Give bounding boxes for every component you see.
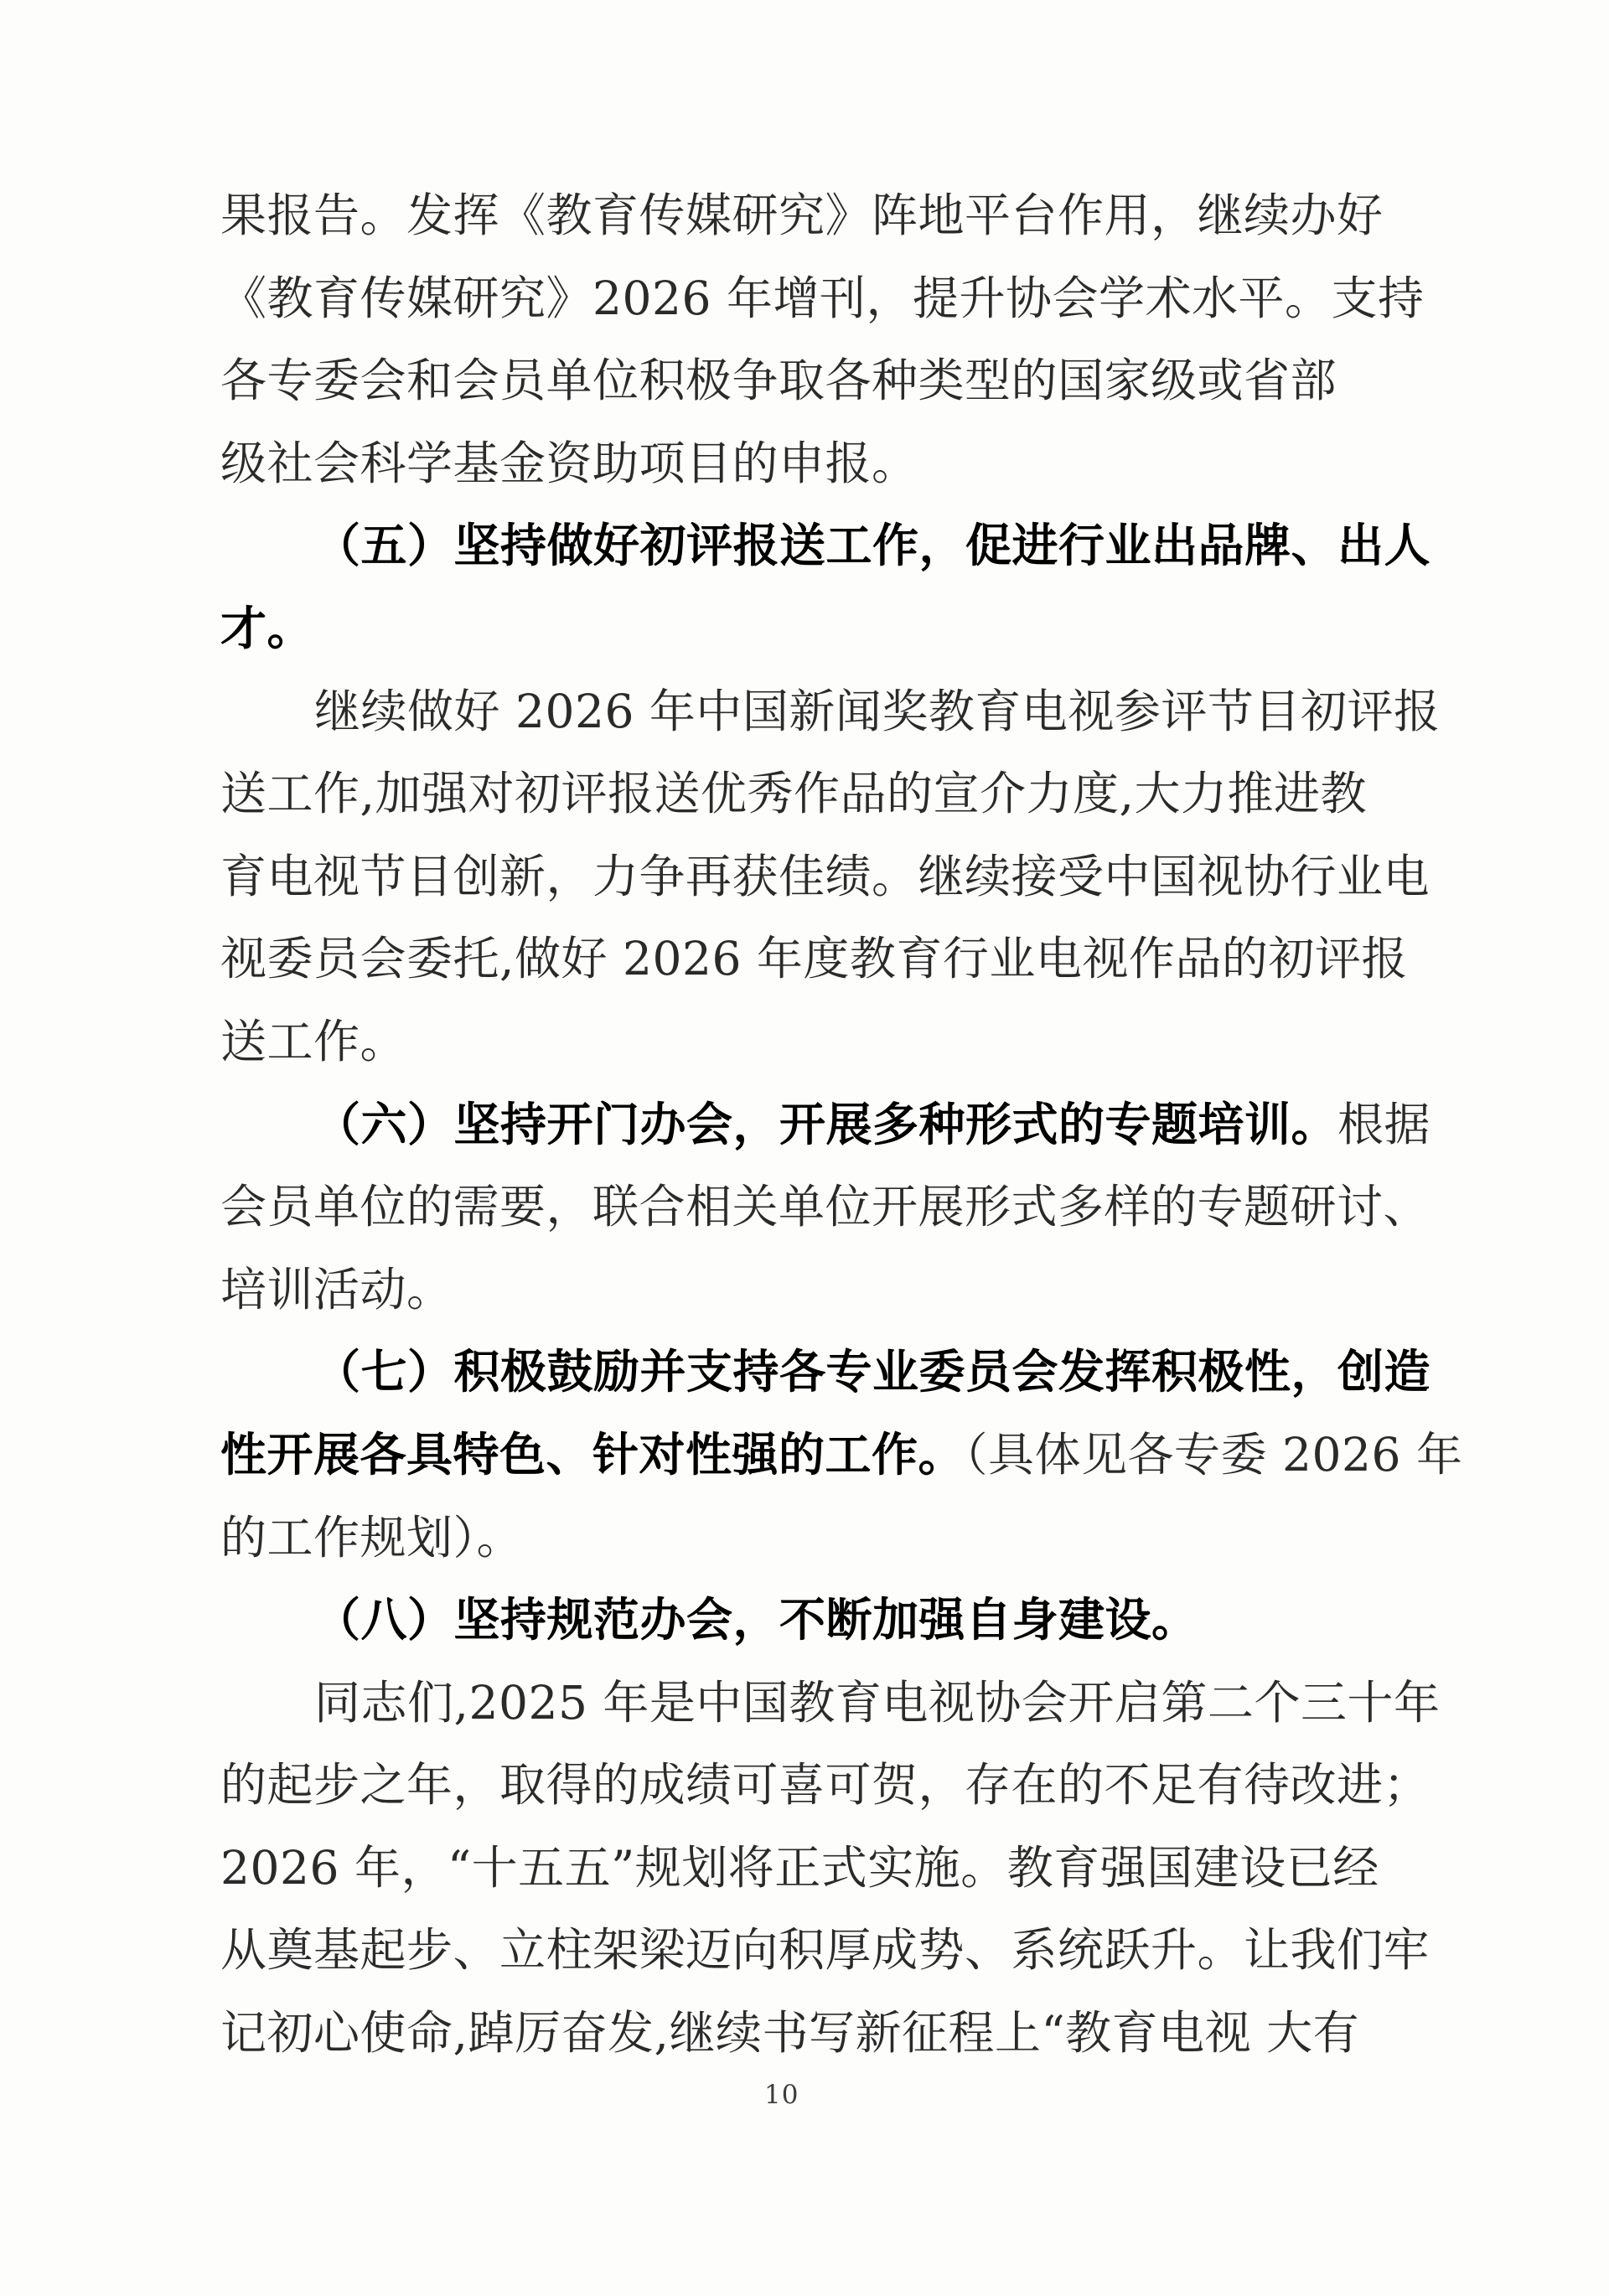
line-text: 《教育传媒研究》2026 年增刊，提升协会学术水平。支持 [220,271,1424,325]
line-text: 继续做好 2026 年中国新闻奖教育电视参评节目初评报 [314,685,1440,738]
text-line: 各专委会和会员单位积极争取各种类型的国家级或省部 [220,339,1394,422]
text-line: 送工作。 [220,1001,1394,1083]
section-heading-line: （八）坚持规范办会，不断加强自身建设。 [220,1579,1394,1662]
section-heading-line: （五）坚持做好初评报送工作，促进行业出品牌、出人 [220,504,1394,587]
text-line: 从奠基起步、立柱架梁迈向积厚成势、系统跃升。让我们牢 [220,1909,1394,1992]
section-heading-line: （七）积极鼓励并支持各专业委员会发挥积极性，创造 [220,1331,1394,1414]
page-number: 10 [764,2080,799,2110]
line-text: 育电视节目创新，力争再获佳绩。继续接受中国视协行业电 [220,850,1430,903]
text-line: 会员单位的需要，联合相关单位开展形式多样的专题研讨、 [220,1166,1394,1249]
line-text: （具体见各专委 2026 年 [965,1428,1462,1482]
text-line: 育电视节目创新，力争再获佳绩。继续接受中国视协行业电 [220,835,1394,918]
line-text: 记初心使命,踔厉奋发,继续书写新征程上“教育电视 大有 [220,2006,1359,2060]
heading-text: 性开展各具特色、针对性强的工作。 [220,1427,965,1482]
heading-text: （五）坚持做好初评报送工作，促进行业出品牌、出人 [314,518,1431,572]
line-text: 各专委会和会员单位积极争取各种类型的国家级或省部 [220,354,1337,407]
line-text: 视委员会委托,做好 2026 年度教育行业电视作品的初评报 [220,932,1408,985]
heading-text: 才。 [220,601,313,655]
line-text: 2026 年，“十五五”规划将正式实施。教育强国建设已经 [220,1841,1379,1895]
text-line: 继续做好 2026 年中国新闻奖教育电视参评节目初评报 [220,670,1394,753]
line-text: 同志们,2025 年是中国教育电视协会开启第二个三十年 [314,1676,1440,1730]
text-line: 记初心使命,踔厉奋发,继续书写新征程上“教育电视 大有 [220,1992,1394,2075]
line-text: 的起步之年，取得的成绩可喜可贺，存在的不足有待改进； [220,1758,1430,1812]
line-text: 的工作规划）。 [220,1511,523,1564]
line-text: 送工作,加强对初评报送优秀作品的宣介力度,大力推进教 [220,767,1367,820]
text-line: 的起步之年，取得的成绩可喜可贺，存在的不足有待改进； [220,1744,1394,1827]
document-body: 果报告。发挥《教育传媒研究》阵地平台作用，继续办好 《教育传媒研究》2026 年… [220,174,1394,2075]
text-line: 培训活动。 [220,1249,1394,1332]
text-line: 果报告。发挥《教育传媒研究》阵地平台作用，继续办好 [220,174,1394,257]
line-text: 培训活动。 [220,1263,453,1316]
line-text: 送工作。 [220,1015,406,1068]
heading-text: （七）积极鼓励并支持各专业委员会发挥积极性，创造 [314,1344,1431,1399]
text-line: 视委员会委托,做好 2026 年度教育行业电视作品的初评报 [220,918,1394,1001]
heading-text: （八）坚持规范办会，不断加强自身建设。 [314,1592,1198,1647]
text-line: 同志们,2025 年是中国教育电视协会开启第二个三十年 [220,1662,1394,1745]
text-line: 2026 年，“十五五”规划将正式实施。教育强国建设已经 [220,1827,1394,1910]
line-text: 从奠基起步、立柱架梁迈向积厚成势、系统跃升。让我们牢 [220,1923,1430,1977]
text-line: 的工作规划）。 [220,1497,1394,1580]
line-text: 根据 [1337,1098,1431,1151]
line-text: 级社会科学基金资助项目的申报。 [220,437,918,490]
section-heading-line: （六）坚持开门办会，开展多种形式的专题培训。根据 [220,1083,1394,1166]
text-line: 《教育传媒研究》2026 年增刊，提升协会学术水平。支持 [220,257,1394,340]
line-text: 会员单位的需要，联合相关单位开展形式多样的专题研讨、 [220,1180,1430,1233]
heading-text: （六）坚持开门办会，开展多种形式的专题培训。 [314,1097,1337,1151]
text-line: 级社会科学基金资助项目的申报。 [220,422,1394,505]
document-page: 果报告。发挥《教育传媒研究》阵地平台作用，继续办好 《教育传媒研究》2026 年… [0,0,1609,2296]
text-line: 送工作,加强对初评报送优秀作品的宣介力度,大力推进教 [220,752,1394,835]
line-text: 果报告。发挥《教育传媒研究》阵地平台作用，继续办好 [220,189,1384,242]
text-line: 性开展各具特色、针对性强的工作。（具体见各专委 2026 年 [220,1414,1394,1497]
section-heading-line: 才。 [220,587,1394,670]
